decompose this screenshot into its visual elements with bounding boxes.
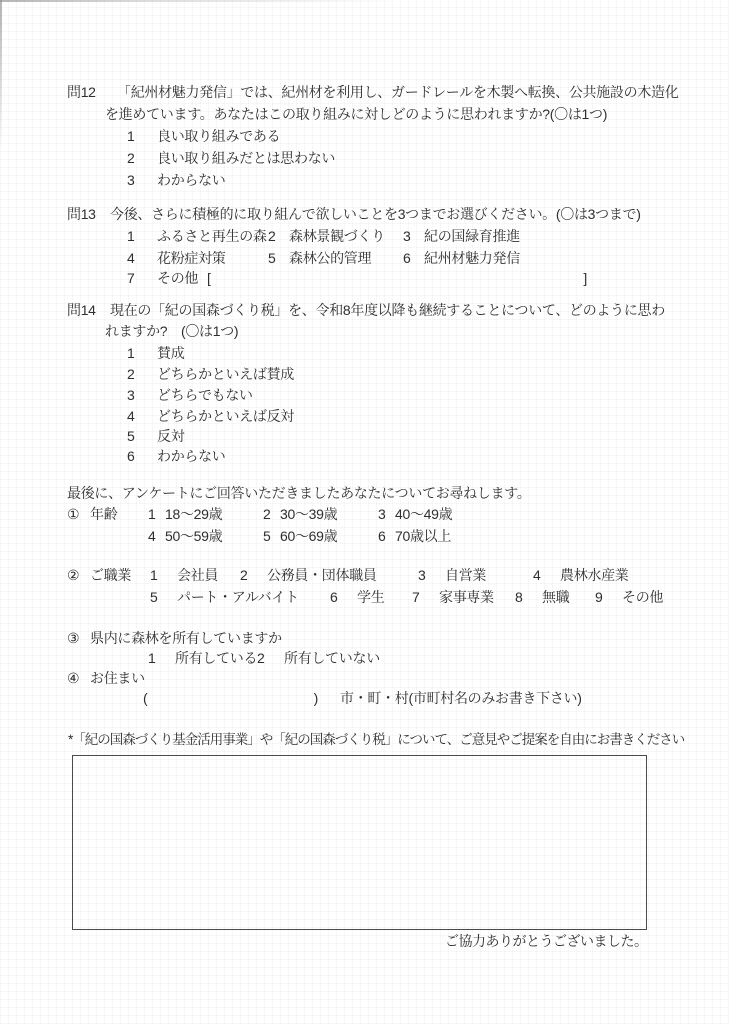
option-number: 8: [515, 588, 542, 606]
option-label: 18〜29歳: [165, 506, 222, 522]
option-label: 反対: [157, 428, 184, 444]
age-circled-number: ①: [67, 505, 79, 523]
q12-option-3[interactable]: 3わからない: [127, 171, 226, 189]
option-number: 4: [127, 249, 157, 267]
age-option-3[interactable]: 340〜49歳: [378, 505, 452, 523]
option-label: 農林水産業: [560, 567, 629, 583]
option-label: その他: [622, 589, 663, 605]
option-label: 公務員・団体職員: [267, 567, 377, 583]
option-number: 6: [403, 249, 424, 267]
option-number: 2: [263, 505, 280, 523]
option-number: 2: [127, 365, 157, 383]
option-number: 1: [127, 344, 157, 362]
option-label: パート・アルバイト: [177, 589, 299, 605]
option-label: 学生: [357, 589, 384, 605]
option-number: 4: [127, 407, 157, 425]
option-number: 7: [127, 269, 157, 287]
residence-suffix: 市・町・村(市町村名のみお書き下さい): [340, 689, 582, 707]
option-label: どちらかといえば反対: [157, 408, 294, 424]
option-label: 森林公的管理: [289, 250, 371, 266]
q14-option-6[interactable]: 6わからない: [127, 447, 226, 465]
option-number: 1: [127, 227, 157, 245]
option-number: 5: [127, 427, 157, 445]
bracket-close: ]: [583, 269, 587, 287]
age-option-2[interactable]: 230〜39歳: [263, 505, 337, 523]
job-option-1[interactable]: 1会社員: [150, 566, 218, 584]
job-option-9[interactable]: 9その他: [595, 588, 663, 606]
q14-option-5[interactable]: 5反対: [127, 427, 184, 445]
q14-option-3[interactable]: 3どちらでもない: [127, 386, 253, 404]
job-label: ご職業: [90, 566, 131, 584]
q12-option-1[interactable]: 1良い取り組みである: [127, 127, 280, 145]
option-label: 花粉症対策: [157, 250, 226, 266]
q13-option-2[interactable]: 2森林景観づくり: [268, 227, 385, 245]
residence-input-area[interactable]: ( ): [143, 689, 318, 707]
job-option-7[interactable]: 7家事専業: [412, 588, 494, 606]
option-number: 2: [257, 649, 284, 667]
option-label: わからない: [157, 448, 226, 464]
forest-option-2[interactable]: 2所有していない: [257, 649, 380, 667]
q14-heading-line2: れますか? (〇は1つ): [105, 322, 238, 340]
q13-option-3[interactable]: 3紀の国緑育推進: [403, 227, 520, 245]
option-label: 60〜69歳: [280, 528, 337, 544]
thanks-text: ご協力ありがとうございました。: [445, 932, 648, 950]
option-number: 3: [418, 566, 445, 584]
bracket-open: [: [207, 269, 211, 287]
option-number: 3: [127, 171, 157, 189]
option-number: 4: [148, 527, 165, 545]
option-number: 6: [378, 527, 395, 545]
q13-option-6[interactable]: 6紀州材魅力発信: [403, 249, 520, 267]
option-number: 5: [268, 249, 289, 267]
option-number: 2: [240, 566, 267, 584]
forest-option-1[interactable]: 1所有している: [148, 649, 257, 667]
option-label: ふるさと再生の森: [157, 228, 267, 244]
job-option-6[interactable]: 6学生: [330, 588, 384, 606]
option-number: 9: [595, 588, 622, 606]
option-label: 所有していない: [284, 650, 380, 666]
option-label: 紀州材魅力発信: [424, 250, 520, 266]
age-label: 年齢: [90, 505, 117, 523]
q13-heading: 今後、さらに積極的に取り組んで欲しいことを3つまでお選びください。(〇は3つまで…: [110, 205, 641, 223]
job-option-3[interactable]: 3自営業: [418, 566, 486, 584]
option-label: 所有している: [175, 650, 257, 666]
q12-heading: 「紀州材魅力発信」では、紀州材を利用し、ガードレールを木製へ転換、公共施設の木造…: [117, 83, 678, 101]
forest-question: 県内に森林を所有していますか: [90, 629, 282, 647]
option-number: 6: [330, 588, 357, 606]
option-label: 自営業: [445, 567, 486, 583]
option-label: 良い取り組みだとは思わない: [157, 150, 335, 166]
q13-other-input-area[interactable]: [ ]: [207, 269, 587, 287]
survey-page: 問12 「紀州材魅力発信」では、紀州材を利用し、ガードレールを木製へ転換、公共施…: [0, 0, 729, 1024]
option-label: わからない: [157, 172, 226, 188]
option-label: その他: [157, 270, 198, 286]
option-label: 30〜39歳: [280, 506, 337, 522]
q12-number: 問12: [67, 83, 96, 101]
q14-option-4[interactable]: 4どちらかといえば反対: [127, 407, 294, 425]
job-option-2[interactable]: 2公務員・団体職員: [240, 566, 377, 584]
paren-close: ): [314, 689, 318, 707]
option-label: 賛成: [157, 345, 184, 361]
option-label: 70歳以上: [395, 528, 451, 544]
q12-heading-line2: を進めています。あなたはこの取り組みに対しどのように思われますか?(〇は1つ): [105, 105, 607, 123]
scan-edge-top: [0, 0, 420, 2]
option-label: どちらでもない: [157, 387, 253, 403]
q14-option-2[interactable]: 2どちらかといえば賛成: [127, 365, 294, 383]
option-number: 2: [127, 149, 157, 167]
option-number: 1: [150, 566, 177, 584]
option-label: 紀の国緑育推進: [424, 228, 520, 244]
option-number: 1: [148, 505, 165, 523]
option-number: 1: [127, 127, 157, 145]
option-label: 無職: [542, 589, 569, 605]
age-option-5[interactable]: 560〜69歳: [263, 527, 337, 545]
job-option-4[interactable]: 4農林水産業: [533, 566, 629, 584]
option-label: 40〜49歳: [395, 506, 452, 522]
option-label: 50〜59歳: [165, 528, 222, 544]
option-label: 会社員: [177, 567, 218, 583]
option-number: 3: [403, 227, 424, 245]
paren-open: (: [143, 689, 147, 707]
q13-option-1[interactable]: 1ふるさと再生の森: [127, 227, 267, 245]
residence-label: お住まい: [90, 669, 145, 687]
option-number: 4: [533, 566, 560, 584]
q14-number: 問14: [67, 301, 96, 319]
option-number: 5: [263, 527, 280, 545]
job-option-5[interactable]: 5パート・アルバイト: [150, 588, 299, 606]
option-label: どちらかといえば賛成: [157, 366, 294, 382]
age-option-6[interactable]: 670歳以上: [378, 527, 451, 545]
residence-circled-number: ④: [67, 669, 79, 687]
option-number: 3: [378, 505, 395, 523]
q14-heading: 現在の「紀の国森づくり税」を、令和8年度以降も継続することについて、どのように思…: [110, 301, 665, 319]
job-circled-number: ②: [67, 566, 79, 584]
option-label: 良い取り組みである: [157, 128, 280, 144]
option-label: 家事専業: [439, 589, 494, 605]
scan-edge-left: [0, 0, 2, 150]
forest-circled-number: ③: [67, 629, 79, 647]
q13-option-4[interactable]: 4花粉症対策: [127, 249, 226, 267]
age-option-4[interactable]: 450〜59歳: [148, 527, 222, 545]
option-number: 7: [412, 588, 439, 606]
profile-intro: 最後に、アンケートにご回答いただきましたあなたについてお尋ねします。: [67, 484, 531, 502]
option-number: 3: [127, 386, 157, 404]
comment-box[interactable]: [72, 755, 647, 930]
option-number: 5: [150, 588, 177, 606]
option-number: 1: [148, 649, 175, 667]
age-option-1[interactable]: 118〜29歳: [148, 505, 222, 523]
q13-option-7-other[interactable]: 7その他: [127, 269, 198, 287]
option-number: 2: [268, 227, 289, 245]
q12-option-2[interactable]: 2良い取り組みだとは思わない: [127, 149, 335, 167]
option-number: 6: [127, 447, 157, 465]
option-label: 森林景観づくり: [289, 228, 385, 244]
q13-option-5[interactable]: 5森林公的管理: [268, 249, 371, 267]
q13-number: 問13: [67, 205, 96, 223]
job-option-8[interactable]: 8無職: [515, 588, 569, 606]
q14-option-1[interactable]: 1賛成: [127, 344, 184, 362]
comment-prompt: *「紀の国森づくり基金活用事業」や「紀の国森づくり税」について、ご意見やご提案を…: [68, 731, 684, 749]
